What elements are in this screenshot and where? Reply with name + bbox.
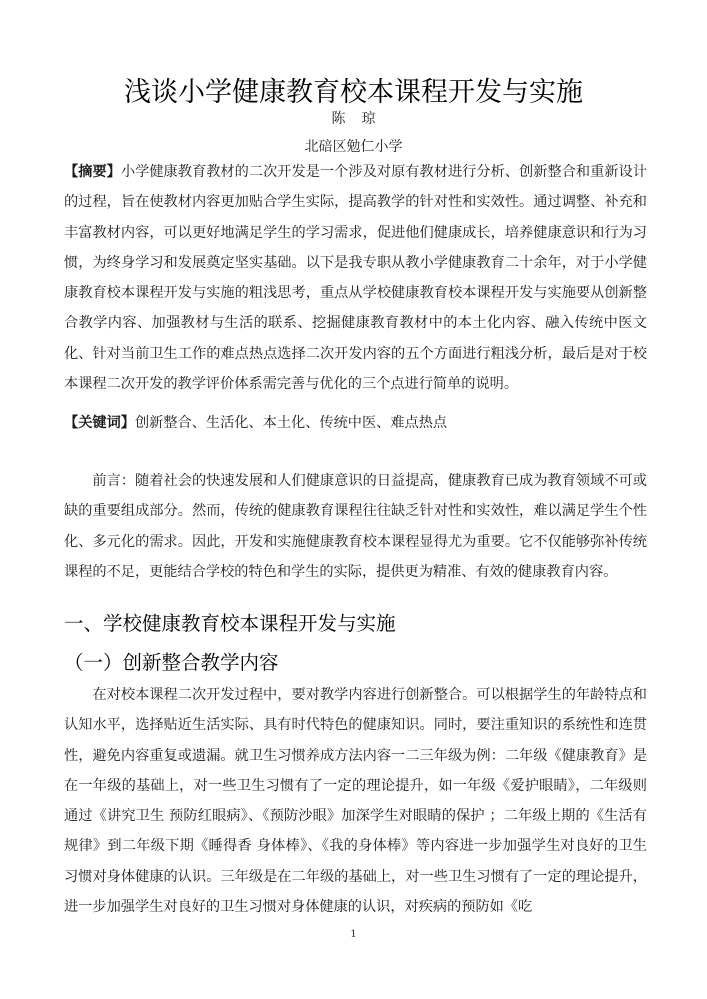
author-affiliation: 北碚区勉仁小学 <box>0 136 707 156</box>
section-heading-1: 一、学校健康教育校本课程开发与实施 <box>64 608 396 636</box>
document-title: 浅谈小学健康教育校本课程开发与实施 <box>0 70 707 109</box>
section-1-paragraph: 在对校本课程二次开发过程中，要对教学内容进行创新整合。可以根据学生的年龄特点和认… <box>64 680 647 922</box>
page-number: 1 <box>0 929 707 940</box>
keywords-text: 创新整合、生活化、本土化、传统中医、难点热点 <box>135 415 447 431</box>
author-name: 陈琼 <box>0 108 707 128</box>
abstract-text: 小学健康教育教材的二次开发是一个涉及对原有教材进行分析、创新整合和重新设计的过程… <box>64 164 647 392</box>
keywords-paragraph: 【关键词】创新整合、生活化、本土化、传统中医、难点热点 <box>64 408 647 438</box>
subsection-heading-1: （一）创新整合教学内容 <box>64 647 279 675</box>
author-given-name: 琼 <box>362 111 376 127</box>
document-page: 浅谈小学健康教育校本课程开发与实施 陈琼 北碚区勉仁小学 【摘要】小学健康教育教… <box>0 0 707 999</box>
intro-paragraph: 前言：随着社会的快速发展和人们健康意识的日益提高，健康教育已成为教育领域不可或缺… <box>64 466 647 587</box>
keywords-label: 【关键词】 <box>64 415 135 431</box>
abstract-paragraph: 【摘要】小学健康教育教材的二次开发是一个涉及对原有教材进行分析、创新整合和重新设… <box>64 157 647 399</box>
abstract-label: 【摘要】 <box>64 164 121 180</box>
author-surname: 陈 <box>332 111 346 127</box>
